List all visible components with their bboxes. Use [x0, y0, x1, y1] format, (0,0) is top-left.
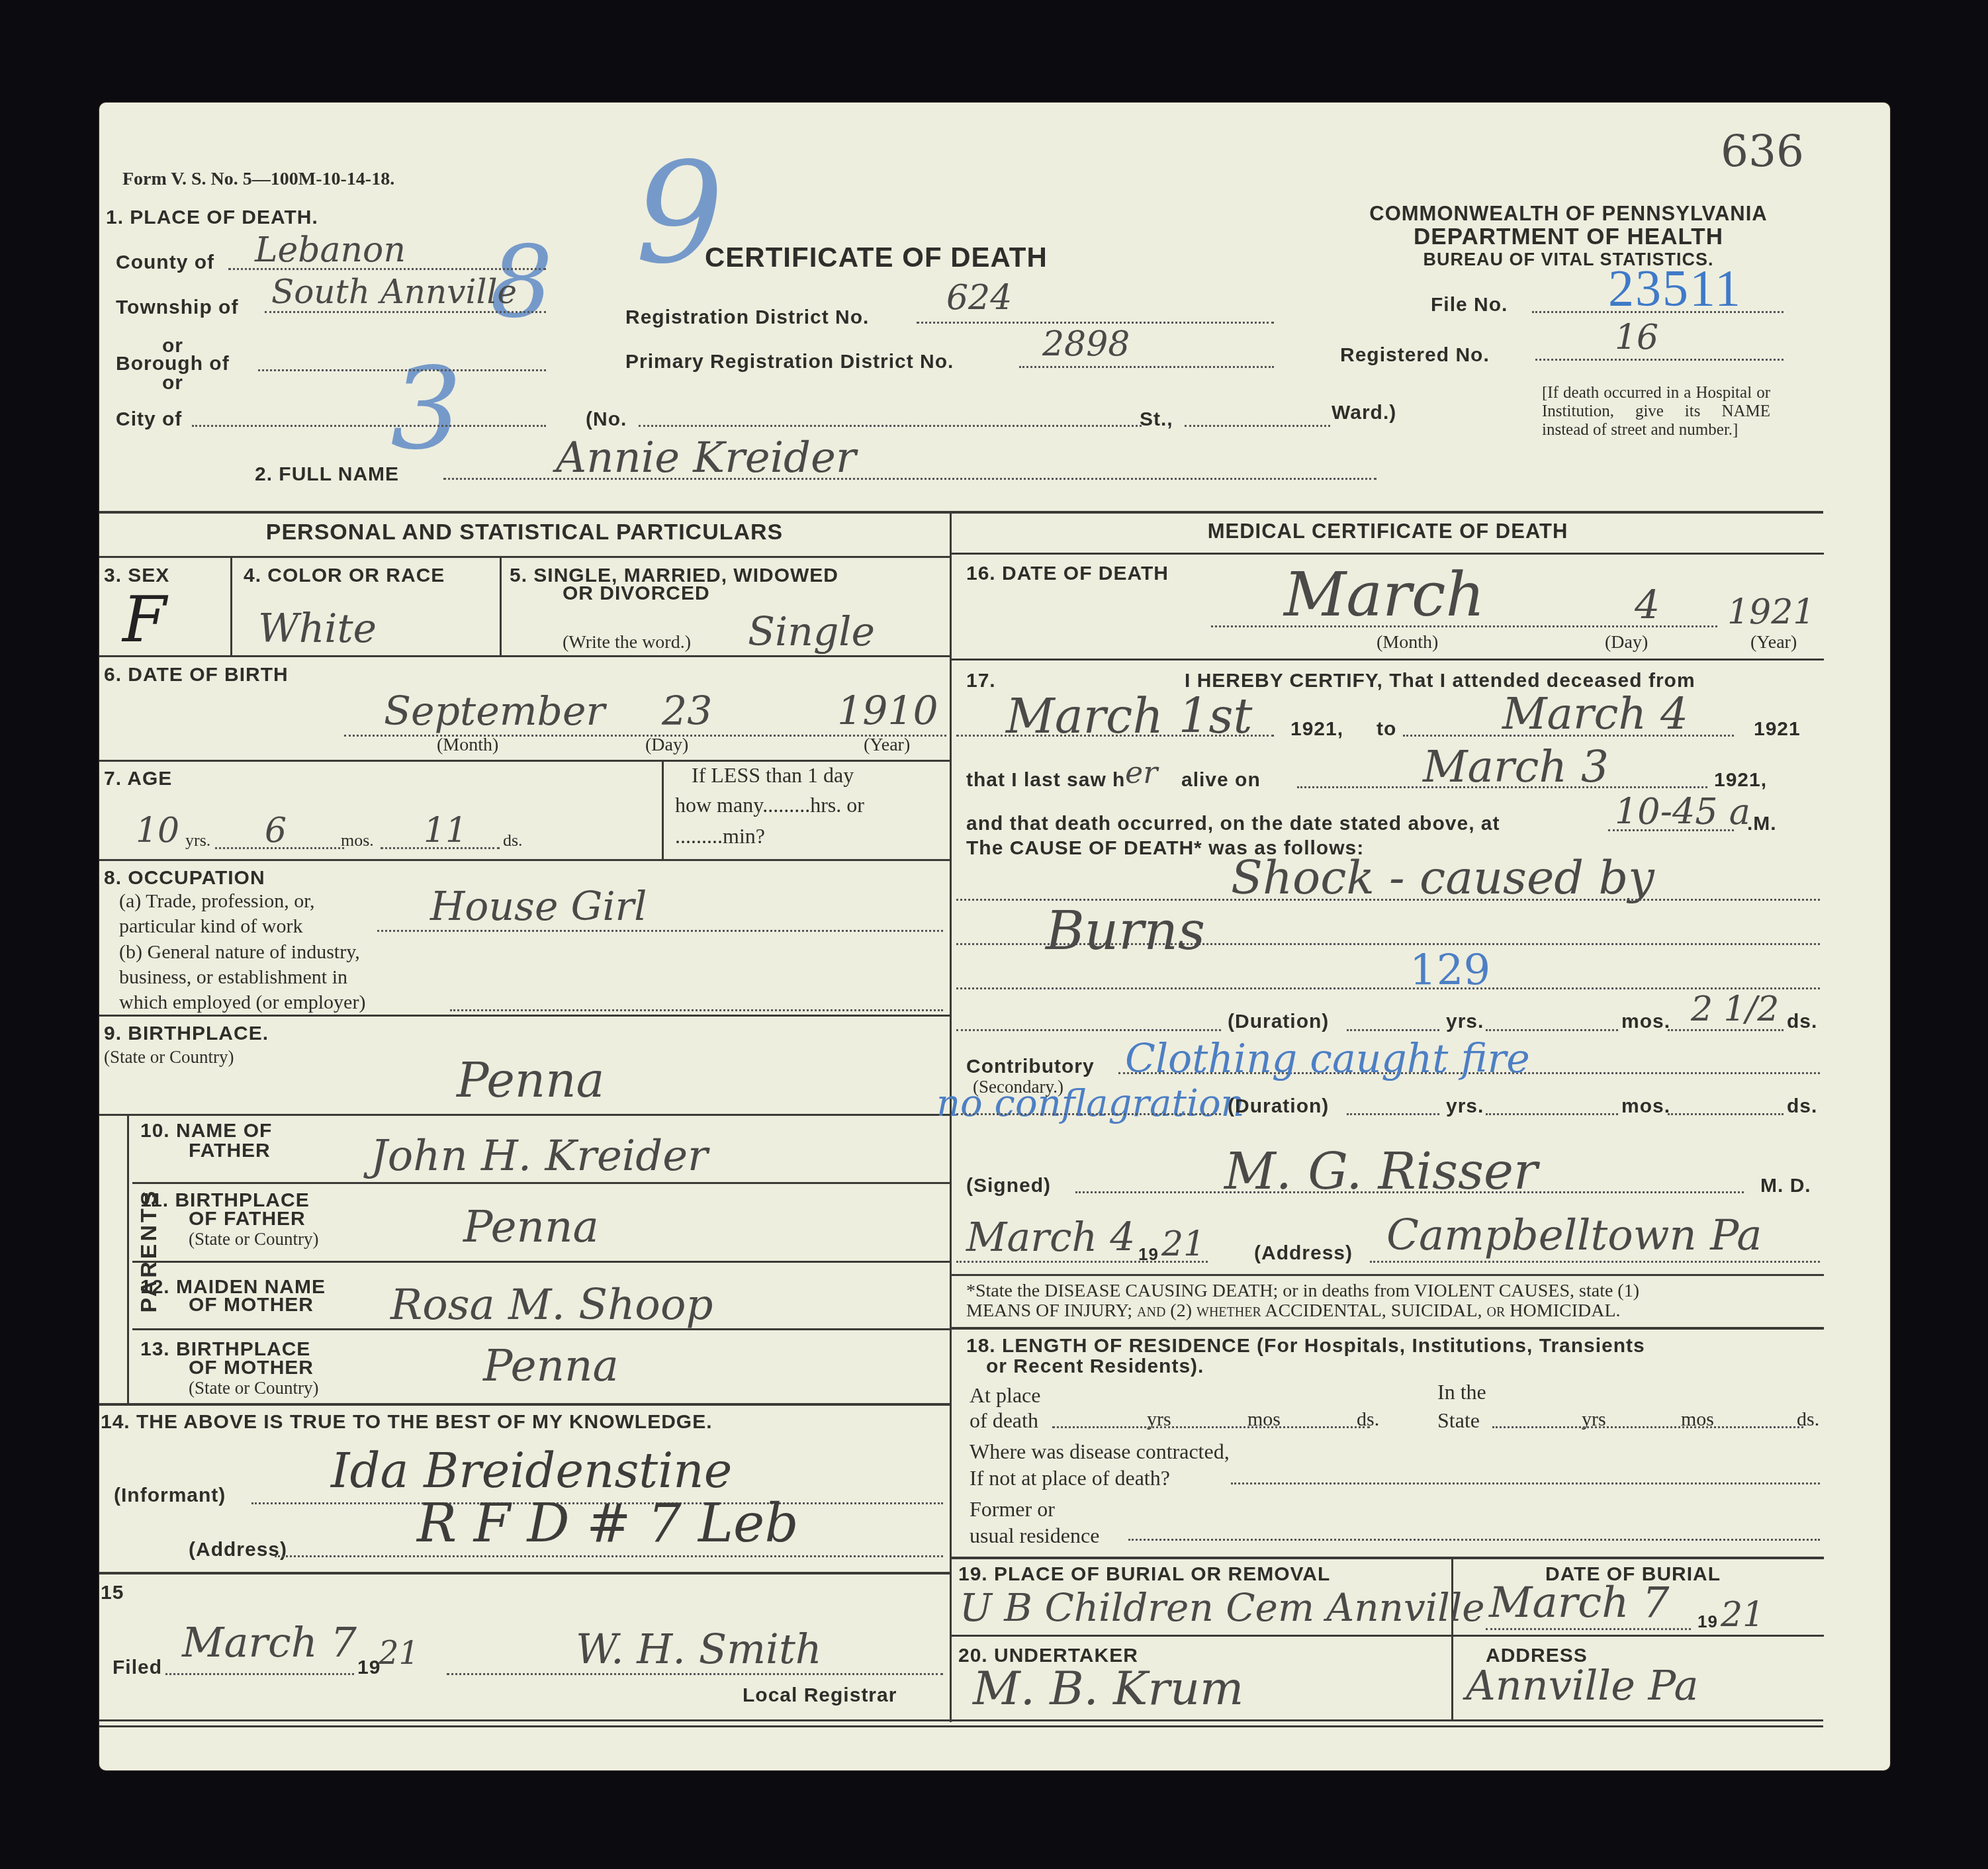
race-value[interactable]: White [258, 606, 377, 652]
full-name-label: 2. FULL NAME [255, 463, 399, 486]
physician-signature[interactable]: M. G. Risser [1224, 1142, 1537, 1201]
occupation-a-line1: (a) Trade, profession, or, [119, 890, 314, 913]
city-line [192, 425, 546, 427]
former-label-1: Former or [970, 1497, 1055, 1522]
death-time-suffix: .M. [1747, 813, 1777, 835]
physician-address-label: (Address) [1254, 1242, 1353, 1265]
duration-yrs-line [1347, 1029, 1439, 1031]
bottom-rule-1 [99, 1719, 1823, 1721]
burial-year-prefix: 19 [1697, 1612, 1718, 1632]
birthplace-label: 9. BIRTHPLACE. [104, 1023, 269, 1045]
occupation-value[interactable]: House Girl [430, 884, 647, 930]
dod-month-caption: (Month) [1377, 632, 1438, 653]
contracted-label-1: Where was disease contracted, [970, 1439, 1230, 1464]
filed-year-prefix: 19 [357, 1657, 381, 1679]
duration2-mos-label: mos. [1621, 1095, 1670, 1118]
occupation-a-line2: particular kind of work [119, 915, 302, 938]
rule [952, 659, 1824, 661]
or-label-2: or [162, 372, 183, 394]
issuer-department: DEPARTMENT OF HEALTH [1324, 224, 1813, 250]
divider [500, 556, 502, 655]
county-value[interactable]: Lebanon [255, 230, 406, 270]
in-state-label-1: In the [1437, 1380, 1486, 1404]
death-time-label: and that death occurred, on the date sta… [966, 813, 1500, 835]
month-caption: (Month) [437, 735, 498, 756]
in-state-line [1492, 1426, 1803, 1428]
rule [952, 1327, 1824, 1330]
at-place-ds: ds. [1357, 1408, 1379, 1431]
rule [952, 1274, 1824, 1276]
rule [99, 1403, 950, 1406]
reg-district-label: Registration District No. [625, 306, 869, 329]
duration2-label: (Duration) [1228, 1095, 1329, 1118]
physician-address[interactable]: Campbelltown Pa [1386, 1211, 1762, 1260]
death-time-value[interactable]: 10-45 a [1615, 791, 1750, 833]
duration-label: (Duration) [1228, 1011, 1329, 1033]
md-label: M. D. [1760, 1175, 1811, 1197]
dod-day[interactable]: 4 [1635, 582, 1660, 629]
occupation-b-line1: (b) General nature of industry, [119, 941, 360, 964]
crayon-mark-3: 3 [390, 344, 462, 475]
rule [99, 1572, 950, 1574]
ward-line [1185, 425, 1330, 427]
age-label: 7. AGE [104, 768, 172, 790]
attended-to[interactable]: March 4 [1502, 688, 1688, 739]
cause-line-1-value[interactable]: Shock - caused by [1231, 850, 1654, 905]
duration2-yrs-line [1347, 1113, 1439, 1115]
footnote-line-1: *State the DISEASE CAUSING DEATH; or in … [966, 1281, 1639, 1302]
rule [132, 1328, 950, 1330]
filing-number: 15 [101, 1582, 124, 1604]
age-years[interactable]: 10 [136, 811, 179, 850]
signed-year-prefix: 19 [1138, 1244, 1159, 1265]
in-state-mos: mos [1681, 1408, 1714, 1431]
registered-no-label: Registered No. [1340, 344, 1490, 367]
marital-hint: (Write the word.) [563, 632, 691, 653]
parents-side-divider [127, 1114, 129, 1405]
dob-label: 6. DATE OF BIRTH [104, 664, 289, 686]
form-id: Form V. S. No. 5—100M-10-14-18. [122, 169, 394, 190]
burial-date-line [1486, 1628, 1691, 1630]
father-birthplace-label-2: OF FATHER [189, 1208, 306, 1230]
rule [952, 1557, 1824, 1559]
registered-no-value[interactable]: 16 [1615, 318, 1658, 357]
duration-pre-line [956, 1029, 1221, 1031]
rule [99, 1015, 950, 1017]
rule [99, 760, 950, 762]
undertaker-address[interactable]: Annville Pa [1466, 1661, 1698, 1709]
signed-year[interactable]: 21 [1161, 1224, 1205, 1264]
alive-on-label: alive on [1181, 769, 1261, 792]
to-label: to [1377, 718, 1396, 741]
burial-date[interactable]: March 7 [1489, 1578, 1669, 1627]
certify-number: 17. [966, 670, 996, 692]
registered-no-line [1535, 359, 1784, 361]
rule [99, 655, 950, 657]
county-label: County of [116, 251, 214, 274]
in-state-ds: ds. [1797, 1408, 1819, 1431]
filed-label: Filed [113, 1657, 162, 1679]
rule [99, 859, 950, 861]
dod-day-caption: (Day) [1605, 632, 1648, 653]
file-no-label: File No. [1431, 294, 1508, 316]
ward-label: Ward.) [1332, 402, 1396, 424]
mother-name-value[interactable]: Rosa M. Shoop [390, 1281, 713, 1330]
cause-line-2-value[interactable]: Burns [1046, 900, 1205, 962]
duration2-mos-line [1486, 1113, 1618, 1115]
duration2-yrs-label: yrs. [1446, 1095, 1484, 1118]
hospital-note: [If death occurred in a Hospital or Inst… [1542, 384, 1770, 439]
city-label: City of [116, 408, 182, 431]
informant-address-line [275, 1555, 943, 1557]
page-number: 636 [1721, 126, 1804, 177]
place-of-death-heading: 1. PLACE OF DEATH. [106, 206, 318, 229]
last-saw-date[interactable]: March 3 [1423, 741, 1609, 792]
birthplace-hint: (State or Country) [104, 1047, 234, 1068]
duration2-ds-line [1668, 1113, 1784, 1115]
sex-value[interactable]: F [122, 582, 167, 657]
industry-line [450, 1009, 943, 1011]
street-line [639, 425, 1142, 427]
residence-label-1: 18. LENGTH OF RESIDENCE (For Hospitals, … [966, 1335, 1645, 1357]
in-state-label-2: State [1437, 1408, 1480, 1433]
divider [230, 556, 232, 655]
burial-year[interactable]: 21 [1721, 1595, 1764, 1635]
duration-ds-line [1668, 1029, 1784, 1031]
rule [99, 556, 950, 558]
physician-address-line [1370, 1261, 1820, 1263]
duration2-pre-line [956, 1113, 1221, 1115]
at-place-line [1052, 1426, 1370, 1428]
at-place-label-2: of death [970, 1408, 1038, 1433]
year-caption: (Year) [864, 735, 910, 756]
occupation-label: 8. OCCUPATION [104, 867, 265, 889]
cause-code: 129 [1410, 946, 1490, 995]
duration-mos-line [1486, 1029, 1618, 1031]
mos-caption: mos. [341, 831, 374, 850]
ds-caption: ds. [503, 831, 523, 850]
mother-birthplace-label-2: OF MOTHER [189, 1357, 314, 1379]
burial-divider [1451, 1557, 1453, 1721]
reg-district-line [917, 322, 1274, 324]
footnote-line-2: MEANS OF INJURY; and (2) whether ACCIDEN… [966, 1300, 1621, 1322]
less-than-day-3: .........min? [675, 824, 765, 848]
section-top-rule [99, 511, 1823, 514]
informant-value[interactable]: Ida Breidenstine [331, 1443, 732, 1498]
contributory-line-2[interactable]: no conflagration [936, 1082, 1245, 1125]
township-value[interactable]: South Annville [271, 273, 517, 311]
marital-label-2: OR DIVORCED [563, 582, 710, 605]
medical-heading: MEDICAL CERTIFICATE OF DEATH [952, 520, 1824, 543]
registrar-signature[interactable]: W. H. Smith [576, 1625, 822, 1673]
divider [662, 760, 664, 859]
informant-address-value[interactable]: R F D # 7 Leb [417, 1492, 799, 1554]
personal-heading: PERSONAL AND STATISTICAL PARTICULARS [99, 520, 950, 545]
less-than-day-2: how many.........hrs. or [675, 793, 864, 817]
residence-label-2: or Recent Residents). [986, 1355, 1204, 1378]
dod-label: 16. DATE OF DEATH [966, 563, 1169, 585]
dod-year-caption: (Year) [1750, 632, 1797, 653]
informant-statement: 14. THE ABOVE IS TRUE TO THE BEST OF MY … [101, 1411, 713, 1434]
burial-place-label: 19. PLACE OF BURIAL OR REMOVAL [958, 1563, 1330, 1586]
last-saw-year: 1921, [1714, 769, 1767, 792]
full-name-value[interactable]: Annie Kreider [556, 433, 856, 482]
file-no-stamp: 23511 [1608, 258, 1742, 318]
attended-from[interactable]: March 1st [1006, 688, 1252, 744]
street-label: St., [1140, 408, 1173, 431]
mother-name-label-2: OF MOTHER [189, 1294, 314, 1316]
signed-date[interactable]: March 4 [966, 1214, 1135, 1261]
rule [952, 553, 1824, 555]
dob-month[interactable]: September [384, 688, 605, 735]
issuer-commonwealth: COMMONWEALTH OF PENNSYLVANIA [1324, 202, 1813, 226]
filed-date-line [165, 1673, 354, 1675]
contracted-line [1231, 1482, 1820, 1484]
rule [132, 1261, 950, 1263]
signed-label: (Signed) [966, 1175, 1051, 1197]
dod-year[interactable]: 1921 [1727, 592, 1815, 632]
mother-birthplace-value[interactable]: Penna [483, 1340, 619, 1391]
township-label: Township of [116, 296, 238, 319]
last-saw-pronoun[interactable]: er [1125, 754, 1157, 790]
father-name-value[interactable]: John H. Kreider [371, 1132, 708, 1181]
undertaker-name[interactable]: M. B. Krum [973, 1661, 1243, 1715]
borough-line [258, 369, 546, 371]
registrar-line [447, 1673, 943, 1675]
filed-date[interactable]: March 7 [182, 1618, 357, 1666]
street-no-label: (No. [586, 408, 627, 431]
filed-year[interactable]: 21 [379, 1635, 419, 1672]
rule [952, 1635, 1824, 1637]
occupation-line [377, 930, 943, 932]
rule [99, 1114, 950, 1116]
duration2-ds-label: ds. [1787, 1095, 1817, 1118]
at-place-mos: mos [1247, 1408, 1281, 1431]
age-months[interactable]: 6 [265, 811, 287, 850]
informant-address-label: (Address) [189, 1539, 287, 1561]
burial-place[interactable]: U B Children Cem Annville [960, 1585, 1485, 1630]
primary-reg-district-label: Primary Registration District No. [625, 351, 954, 373]
duration-mos-label: mos. [1621, 1011, 1670, 1033]
dob-year[interactable]: 1910 [837, 688, 938, 735]
father-birthplace-value[interactable]: Penna [463, 1201, 599, 1252]
mother-birthplace-hint: (State or Country) [189, 1378, 318, 1398]
registrar-label: Local Registrar [743, 1684, 897, 1707]
less-than-day-1: If LESS than 1 day [692, 763, 854, 788]
birthplace-value[interactable]: Penna [457, 1052, 605, 1108]
at-place-yrs: yrs [1147, 1408, 1171, 1431]
at-place-label-1: At place [970, 1383, 1041, 1408]
marital-value[interactable]: Single [748, 609, 875, 655]
former-residence-line [1128, 1539, 1820, 1541]
in-state-yrs: yrs [1582, 1408, 1606, 1431]
race-label: 4. COLOR OR RACE [244, 565, 445, 587]
occupation-b-line2: business, or establishment in [119, 966, 347, 989]
former-label-2: usual residence [970, 1524, 1099, 1548]
rule [132, 1182, 950, 1184]
certificate-title: CERTIFICATE OF DEATH [705, 242, 1048, 273]
age-days[interactable]: 11 [424, 811, 467, 850]
dob-day[interactable]: 23 [662, 688, 712, 735]
dod-month[interactable]: March [1284, 559, 1485, 630]
duration-yrs-label: yrs. [1446, 1011, 1484, 1033]
primary-reg-district-value[interactable]: 2898 [1042, 324, 1130, 364]
contributory-line-1[interactable]: Clothing caught fire [1125, 1036, 1530, 1082]
bottom-rule-2 [99, 1725, 1823, 1727]
duration-ds-value[interactable]: 2 1/2 [1691, 989, 1779, 1029]
yrs-caption: yrs. [185, 831, 210, 850]
reg-district-value[interactable]: 624 [946, 278, 1012, 318]
father-name-label-2: FATHER [189, 1140, 271, 1162]
occupation-b-line3: which employed (or employer) [119, 991, 365, 1014]
father-name-label-1: 10. NAME OF [140, 1120, 272, 1142]
primary-reg-district-line [1019, 366, 1274, 368]
contributory-label: Contributory [966, 1056, 1095, 1078]
attended-from-year: 1921, [1290, 718, 1343, 741]
informant-label: (Informant) [114, 1484, 226, 1507]
contracted-label-2: If not at place of death? [970, 1466, 1170, 1490]
township-line [265, 311, 546, 313]
day-caption: (Day) [645, 735, 688, 756]
duration-ds-label: ds. [1787, 1011, 1817, 1033]
last-saw-label: that I last saw h [966, 769, 1125, 792]
father-birthplace-hint: (State or Country) [189, 1229, 318, 1250]
attended-to-year: 1921 [1754, 718, 1801, 741]
